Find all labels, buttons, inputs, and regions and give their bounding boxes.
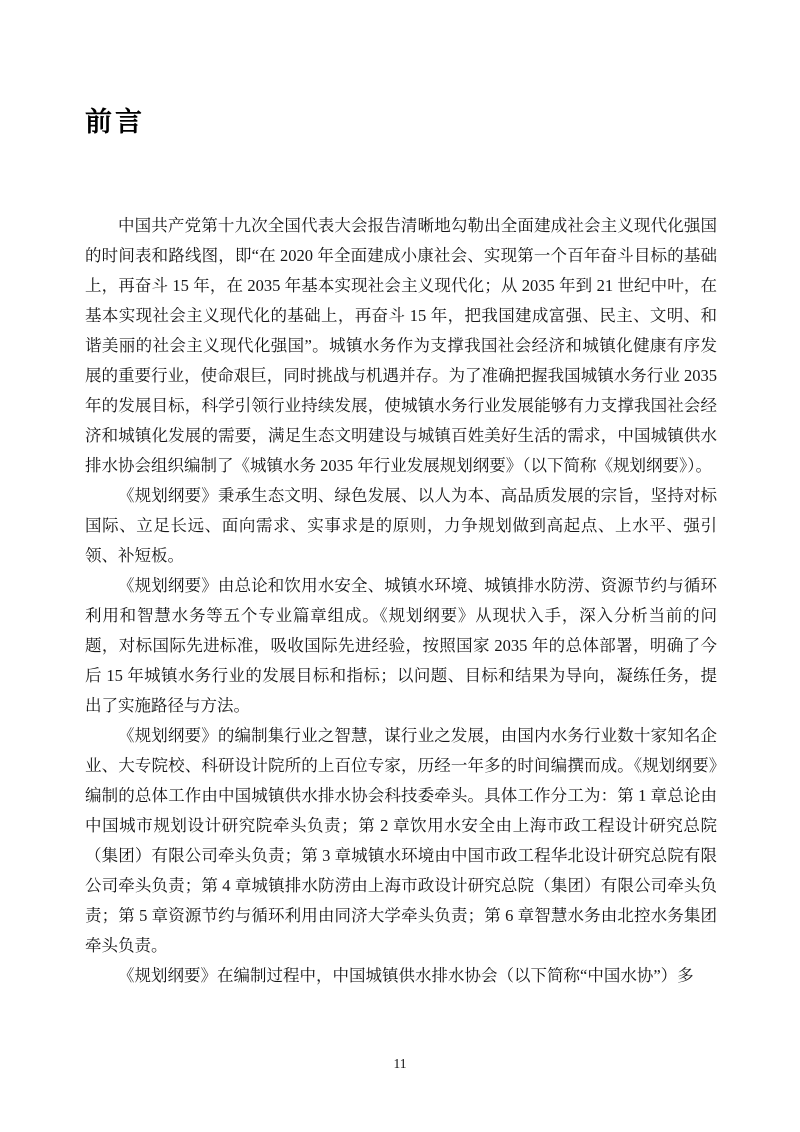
- paragraph-2: 《规划纲要》秉承生态文明、绿色发展、以人为本、高品质发展的宗旨，坚持对标国际、立…: [85, 481, 717, 571]
- page-number: 11: [0, 1056, 800, 1072]
- paragraph-3: 《规划纲要》由总论和饮用水安全、城镇水环境、城镇排水防涝、资源节约与循环利用和智…: [85, 571, 717, 721]
- paragraph-5: 《规划纲要》在编制过程中，中国城镇供水排水协会（以下简称“中国水协”）多: [85, 961, 717, 991]
- paragraph-1: 中国共产党第十九次全国代表大会报告清晰地勾勒出全面建成社会主义现代化强国的时间表…: [85, 211, 717, 481]
- document-page: 前言 中国共产党第十九次全国代表大会报告清晰地勾勒出全面建成社会主义现代化强国的…: [0, 0, 800, 1132]
- document-body: 中国共产党第十九次全国代表大会报告清晰地勾勒出全面建成社会主义现代化强国的时间表…: [85, 211, 717, 991]
- paragraph-4: 《规划纲要》的编制集行业之智慧，谋行业之发展，由国内水务行业数十家知名企业、大专…: [85, 721, 717, 961]
- page-title: 前言: [85, 100, 145, 139]
